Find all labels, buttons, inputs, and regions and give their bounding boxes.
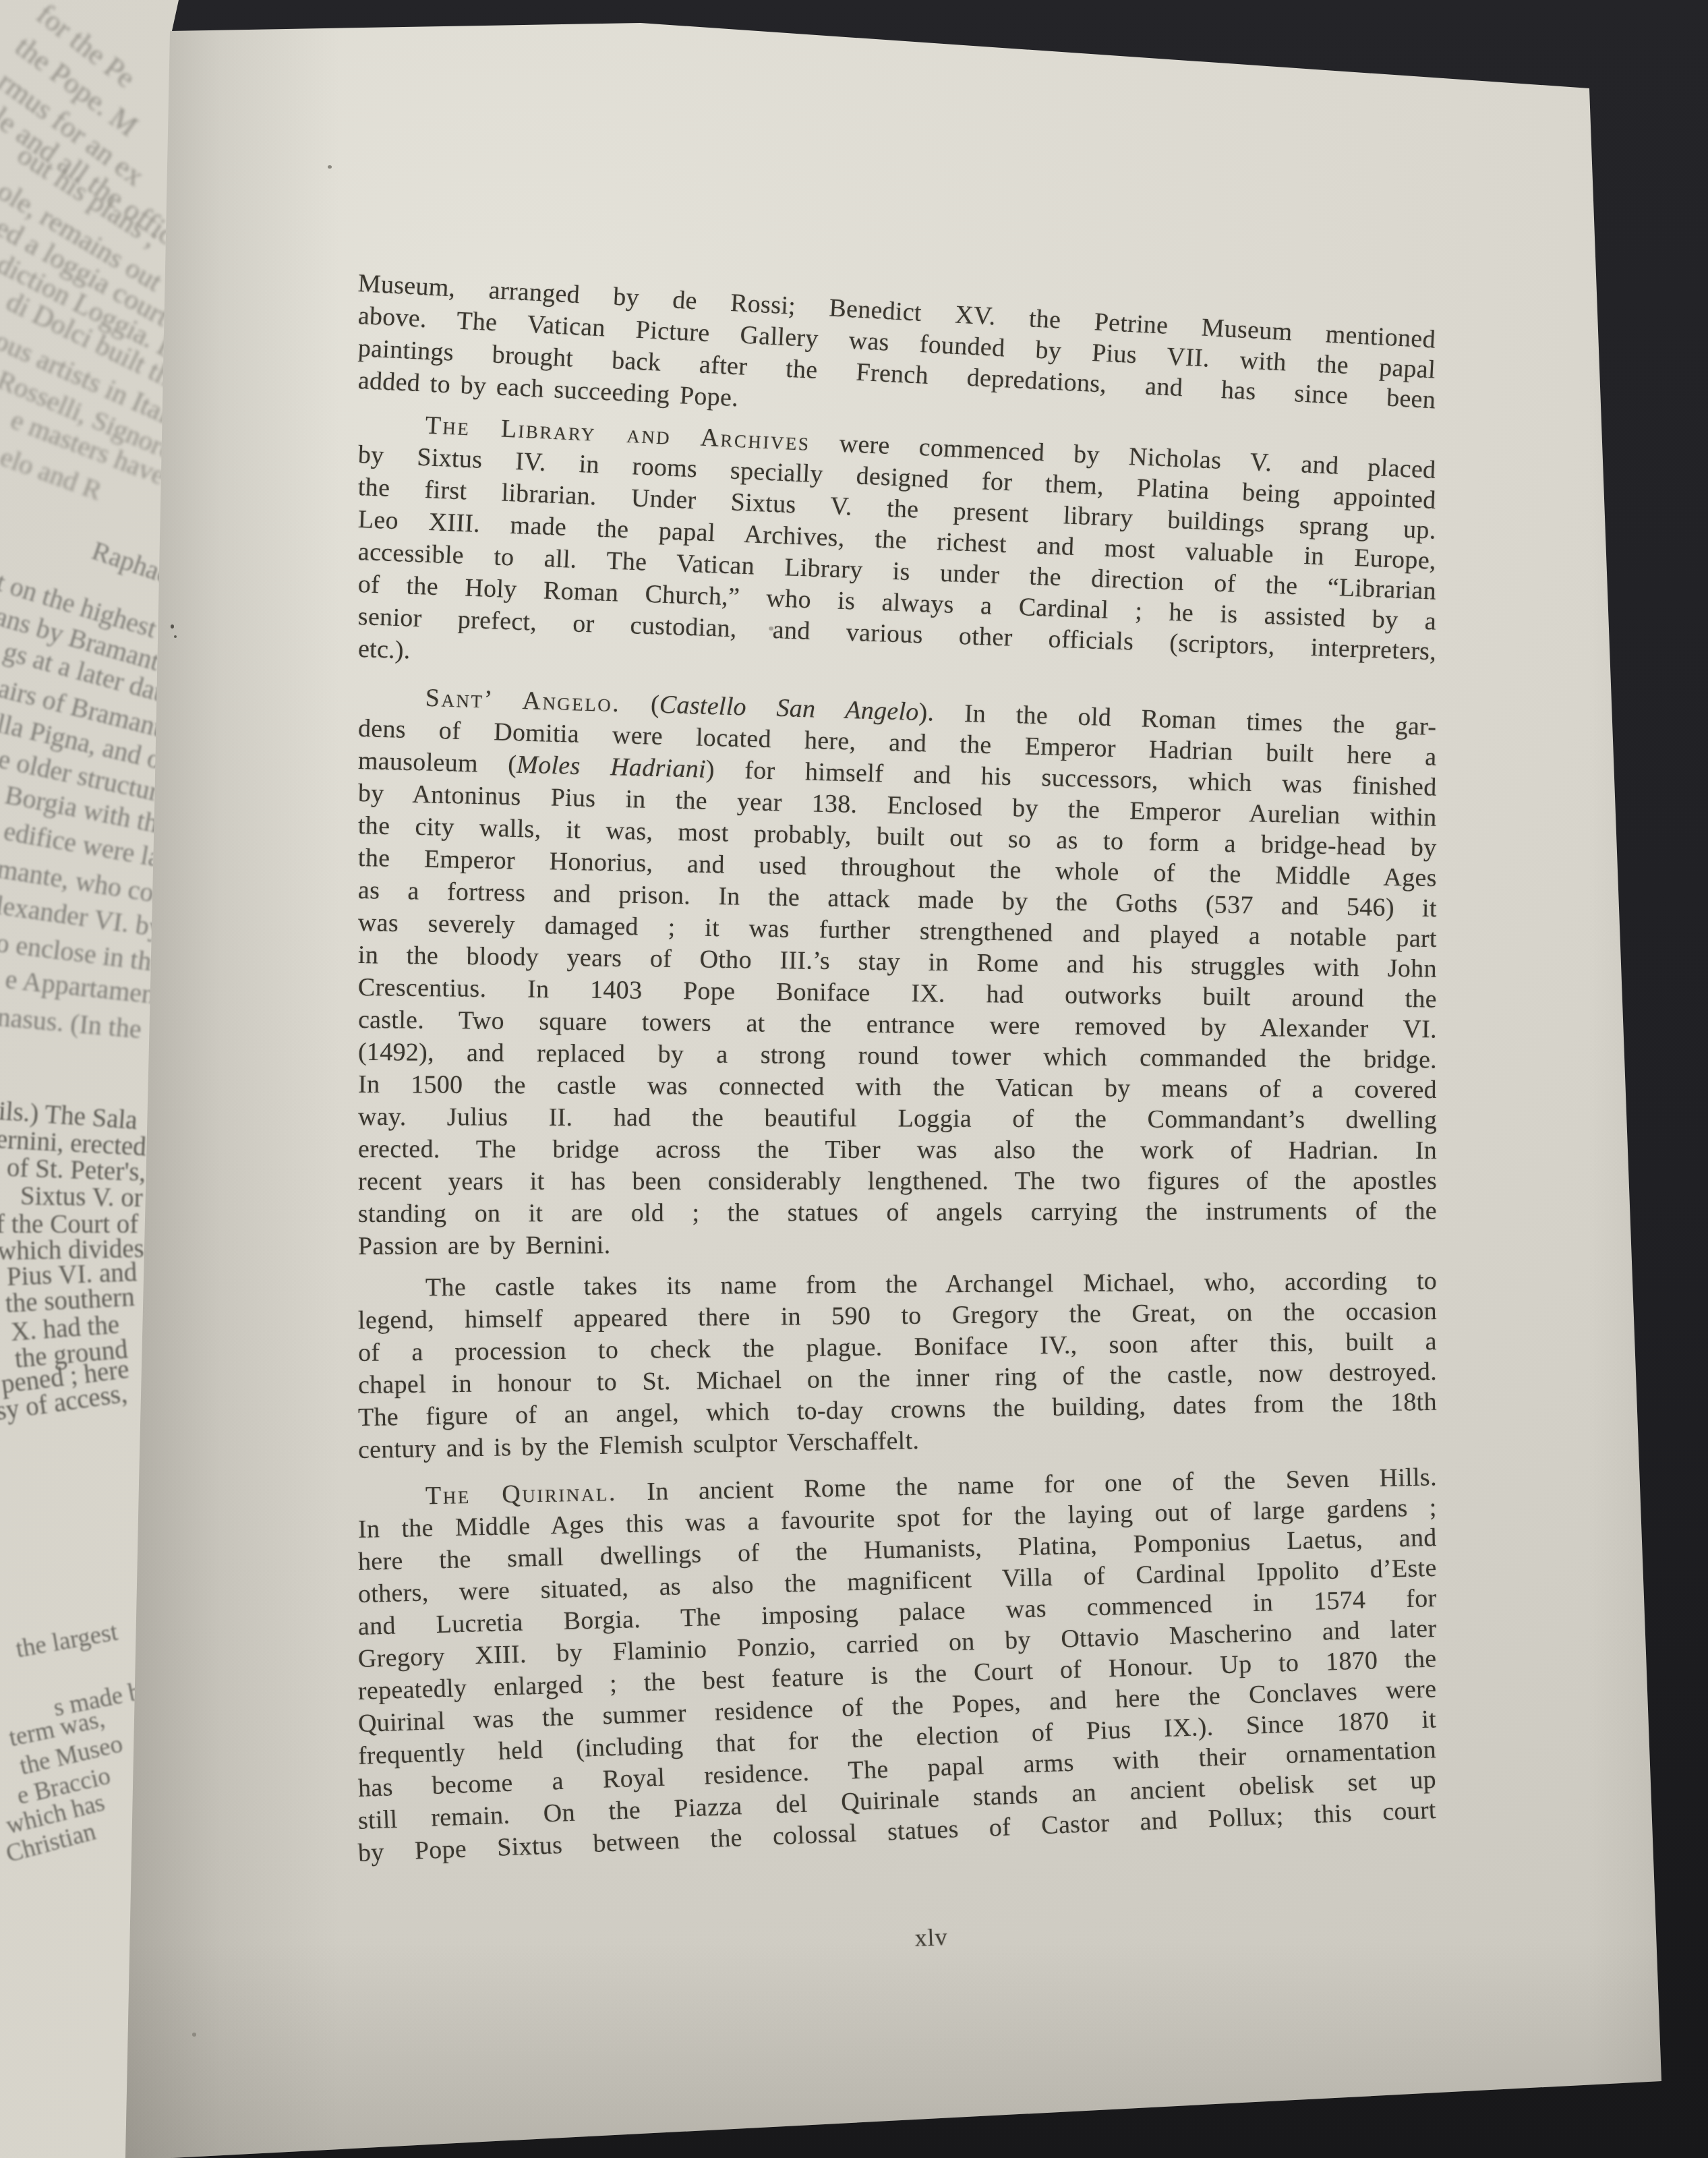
text-line: standing on it are old ; the statues of …: [358, 1195, 1437, 1230]
text-line: In 1500 the castle was connected with th…: [358, 1068, 1437, 1106]
text-line: recent years it has been considerably le…: [358, 1165, 1437, 1198]
page-text: Museum, arranged by de Rossi; Benedict X…: [358, 267, 1437, 1869]
dust-speck: [171, 624, 174, 629]
dust-speck: [192, 2033, 196, 2037]
book-page: Museum, arranged by de Rossi; Benedict X…: [0, 0, 1708, 2158]
text-line: erected. The bridge across the Tiber was…: [358, 1133, 1437, 1167]
dust-speck: [769, 626, 773, 631]
book-photo: for the Pethe Pope. Mrmus for an exle an…: [0, 0, 1708, 2158]
text-line: Passion are by Bernini.: [358, 1225, 1437, 1262]
dust-speck: [328, 165, 332, 169]
dust-speck: [174, 635, 177, 638]
page-number: xlv: [887, 1922, 975, 1954]
left-page-text-fragment: nasus. (In the: [0, 1003, 142, 1043]
left-page-text-fragment: f the Court of: [0, 1211, 138, 1237]
left-page-text-fragment: the largest: [14, 1620, 120, 1662]
text-line: way. Julius II. had the beautiful Loggia…: [358, 1101, 1437, 1136]
left-page-text-fragment: Sixtus V. or: [20, 1183, 143, 1211]
